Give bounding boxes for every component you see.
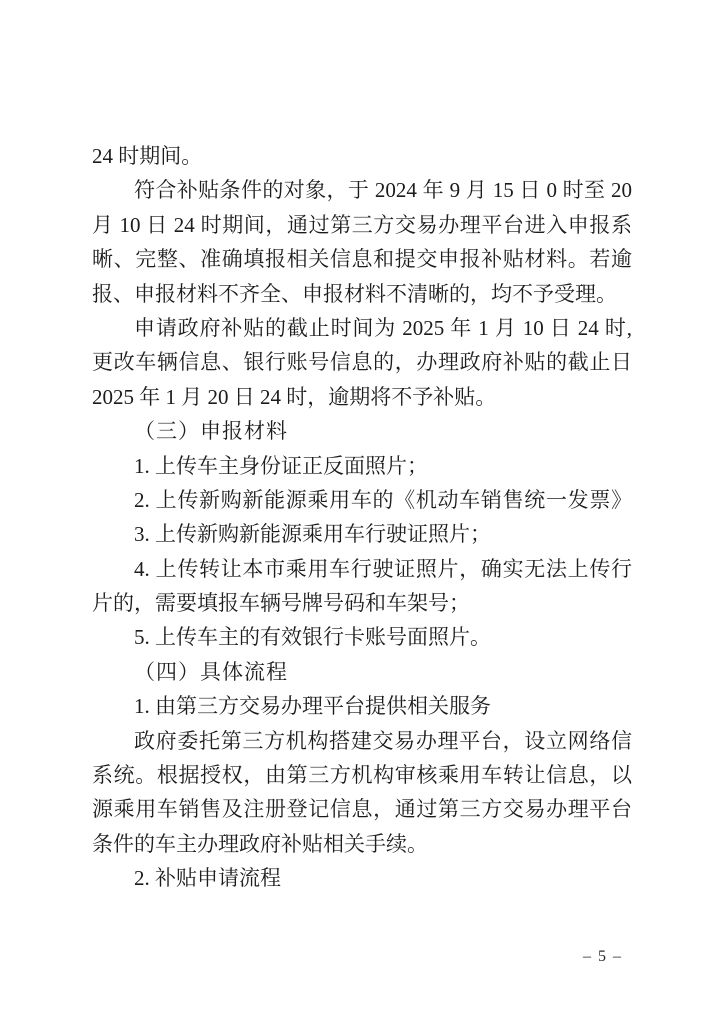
paragraph-line: 更改车辆信息、银行账号信息的，办理政府补贴的截止日期为 bbox=[92, 345, 632, 379]
document-page: 24 时期间。 符合补贴条件的对象，于 2024 年 9 月 15 日 0 时至… bbox=[0, 0, 724, 1024]
list-item-line: 2. 上传新购新能源乘用车的《机动车销售统一发票》照片； bbox=[92, 483, 632, 517]
paragraph-line: 源乘用车销售及注册登记信息，通过第三方交易办理平台为符合 bbox=[92, 792, 632, 826]
list-item-line: 4. 上传转让本市乘用车行驶证照片，确实无法上传行驶证照 bbox=[92, 552, 632, 586]
list-item-line: 5. 上传车主的有效银行卡账号面照片。 bbox=[92, 620, 632, 654]
paragraph-line: 2025 年 1 月 20 日 24 时，逾期将不予补贴。 bbox=[92, 380, 632, 414]
list-item-line: 片的，需要填报车辆号牌号码和车架号； bbox=[92, 586, 632, 620]
paragraph-line: 系统。根据授权，由第三方机构审核乘用车转让信息，以及新能 bbox=[92, 758, 632, 792]
section-heading-materials: （三）申报材料 bbox=[92, 414, 632, 448]
paragraph-line: 条件的车主办理政府补贴相关手续。 bbox=[92, 827, 632, 861]
paragraph-line: 报、申报材料不齐全、申报材料不清晰的，均不予受理。 bbox=[92, 277, 632, 311]
section-heading-process: （四）具体流程 bbox=[92, 655, 632, 689]
paragraph-line: 月 10 日 24 时期间，通过第三方交易办理平台进入申报系统，清 bbox=[92, 208, 632, 242]
subsection-heading-line: 2. 补贴申请流程 bbox=[92, 861, 632, 895]
subsection-heading-line: 1. 由第三方交易办理平台提供相关服务 bbox=[92, 689, 632, 723]
list-item-line: 1. 上传车主身份证正反面照片； bbox=[92, 449, 632, 483]
paragraph-line: 申请政府补贴的截止时间为 2025 年 1 月 10 日 24 时,如确需 bbox=[92, 311, 632, 345]
paragraph-continuation-line: 24 时期间。 bbox=[92, 139, 632, 173]
paragraph-line: 符合补贴条件的对象，于 2024 年 9 月 15 日 0 时至 2025 年 … bbox=[92, 173, 632, 207]
paragraph-line: 晰、完整、准确填报相关信息和提交申报补贴材料。若逾期未申 bbox=[92, 242, 632, 276]
list-item-line: 3. 上传新购新能源乘用车行驶证照片； bbox=[92, 517, 632, 551]
paragraph-line: 政府委托第三方机构搭建交易办理平台，设立网络信息管理 bbox=[92, 724, 632, 758]
document-body: 24 时期间。 符合补贴条件的对象，于 2024 年 9 月 15 日 0 时至… bbox=[92, 139, 632, 896]
page-number: – 5 – bbox=[583, 946, 623, 968]
